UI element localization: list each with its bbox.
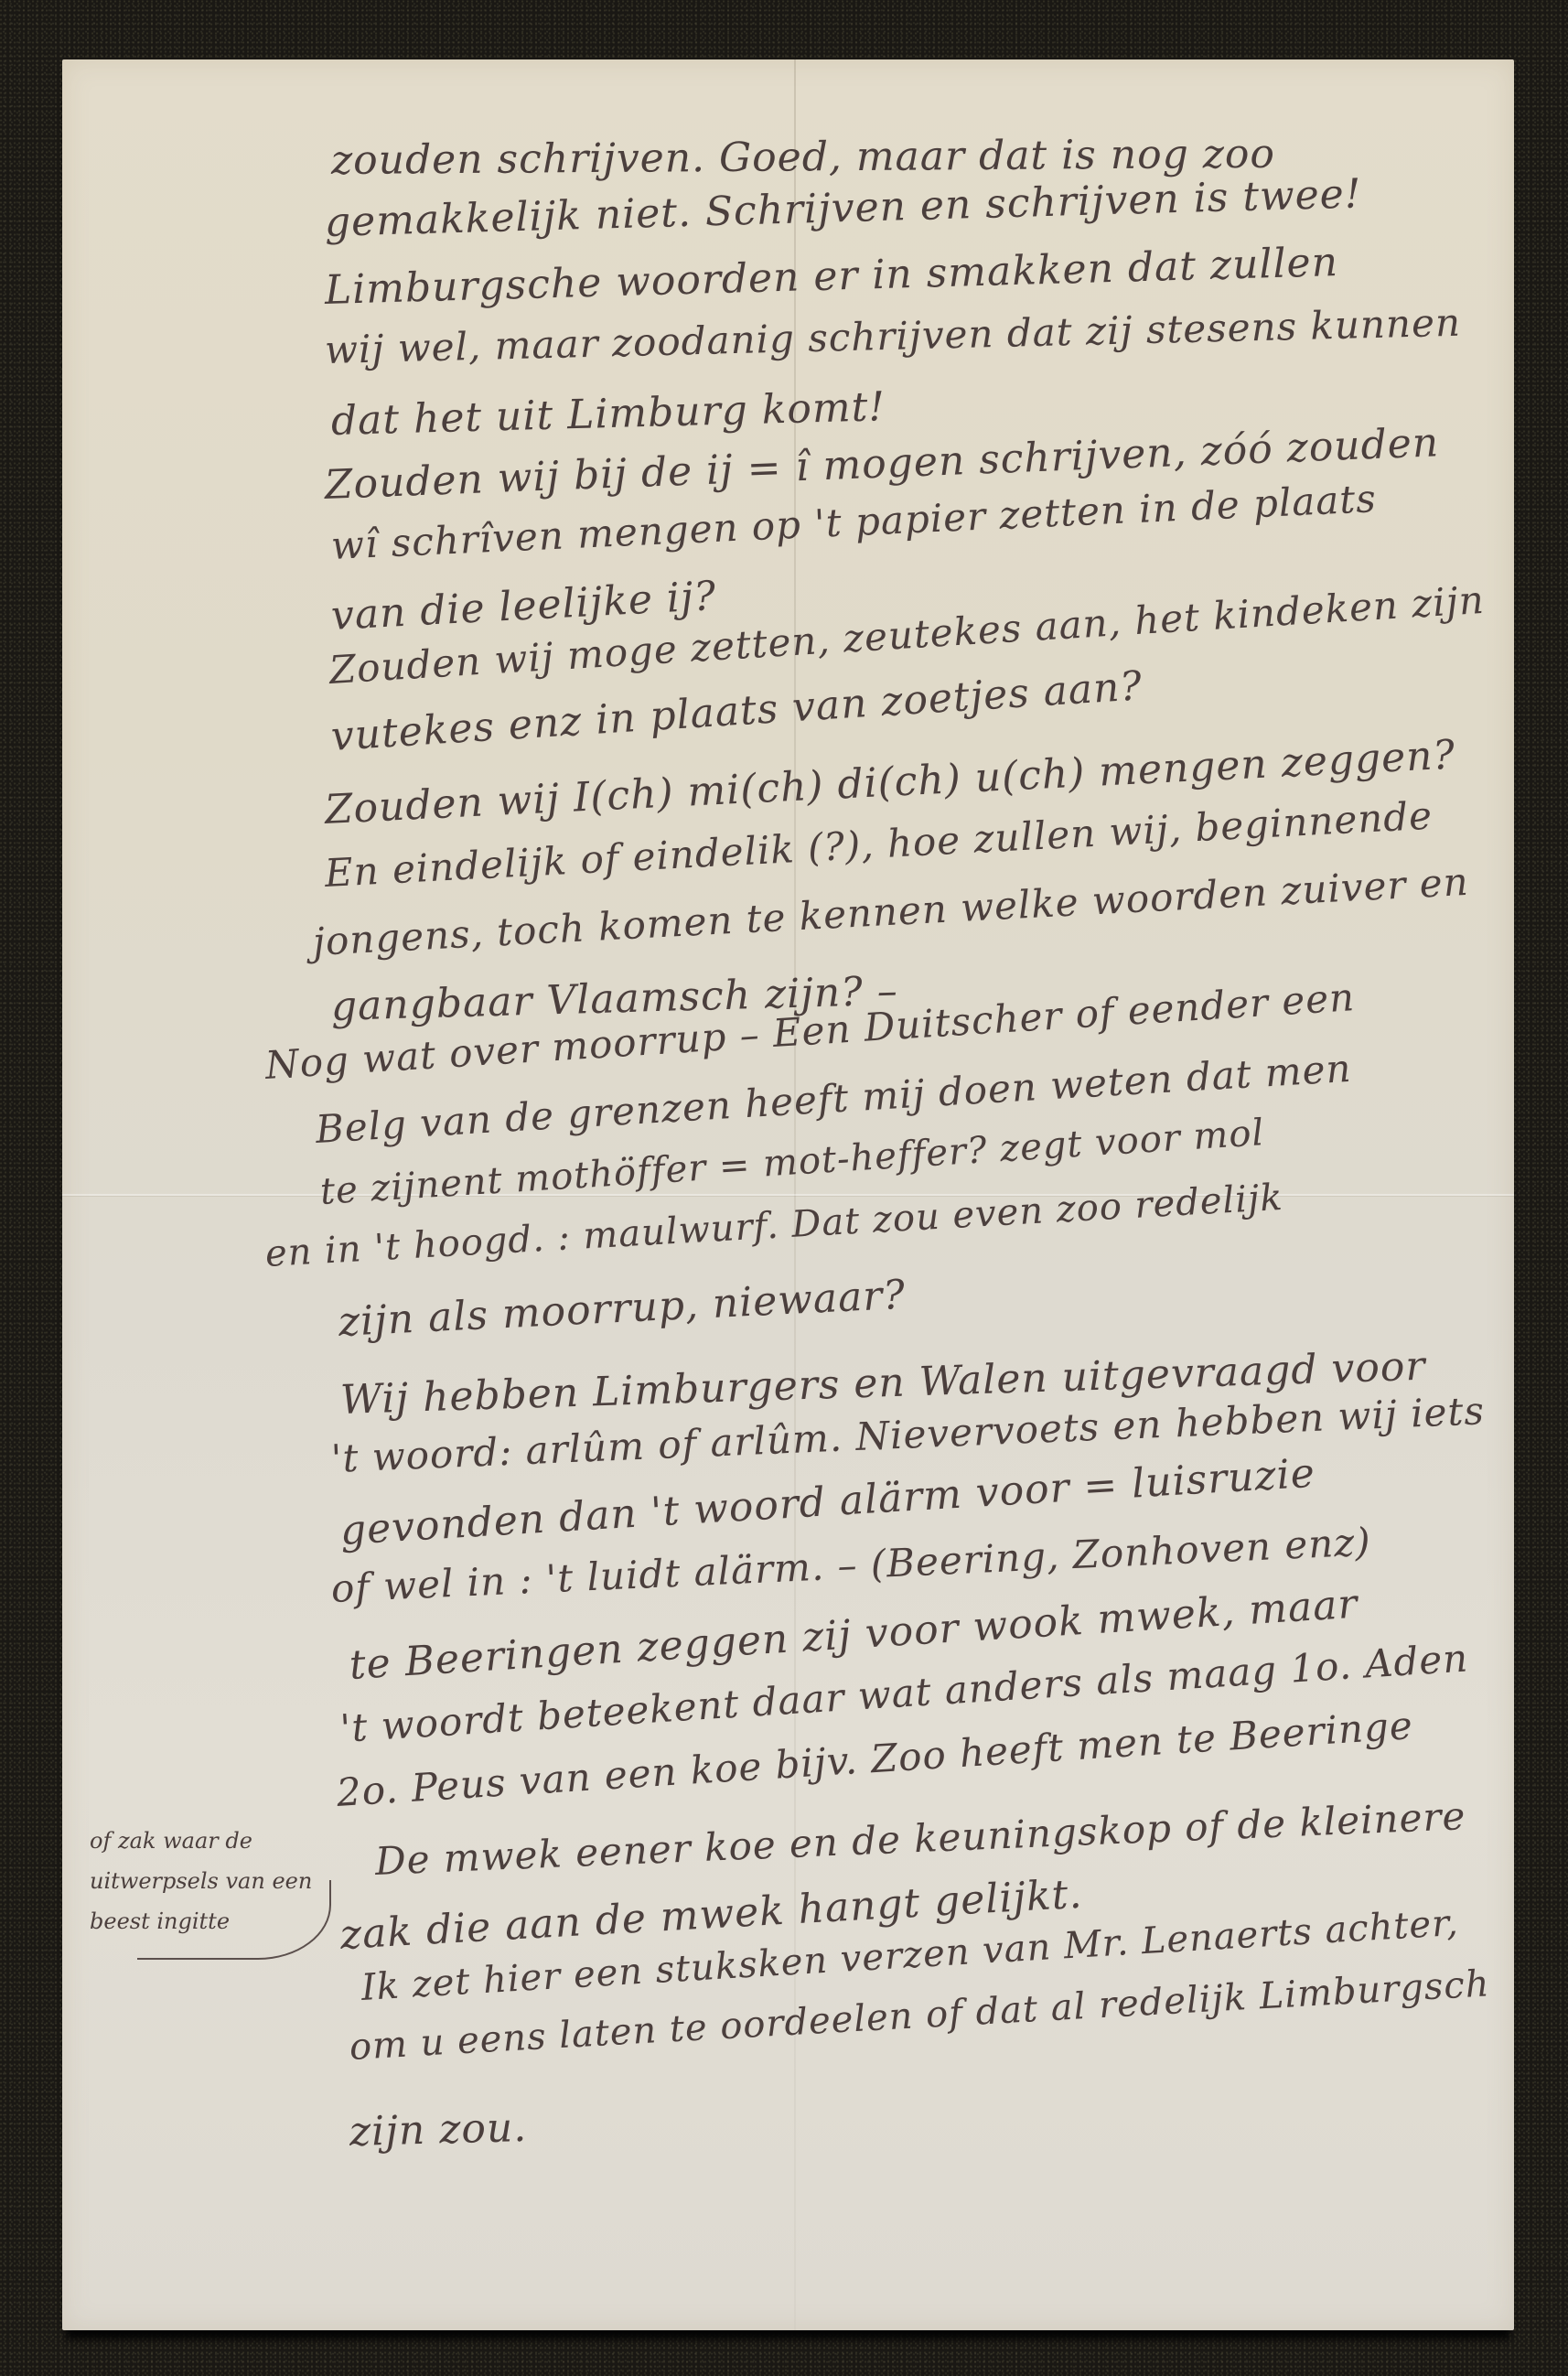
horizontal-fold-crease xyxy=(62,1194,1514,1196)
text-line-31: zijn zou. xyxy=(349,2104,527,2156)
margin-note-line-1: of zak waar de xyxy=(90,1821,328,1861)
margin-note-bracket xyxy=(137,1880,331,1960)
